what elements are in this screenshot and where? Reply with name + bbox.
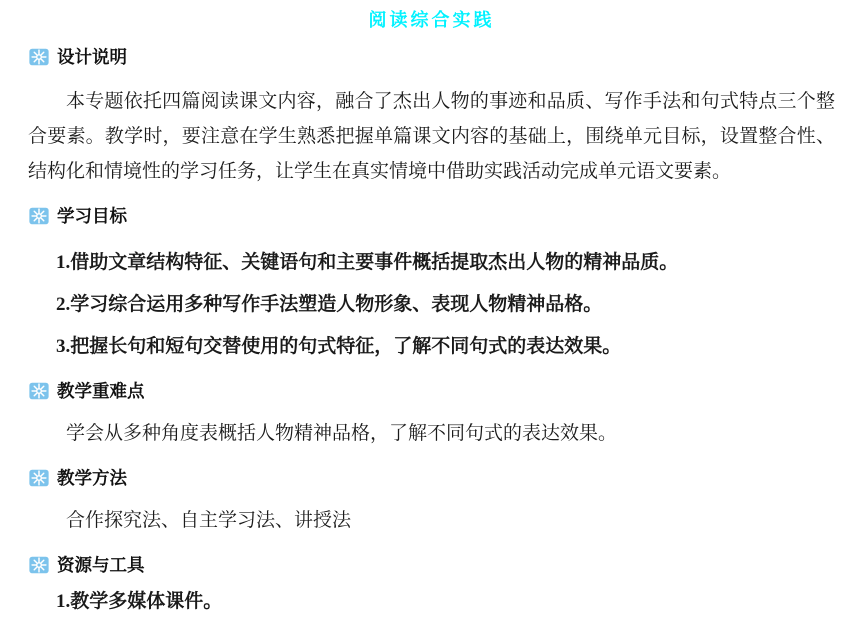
sparkle-book-icon bbox=[28, 380, 50, 402]
section-heading: 教学方法 bbox=[28, 467, 835, 489]
document-page: 阅读综合实践 设计说明 本专题依托四篇阅读课文内容，融合了杰出人物的 bbox=[0, 0, 862, 622]
resources-list: 1.教学多媒体课件。 bbox=[28, 584, 835, 619]
objective-item: 3.把握长句和短句交替使用的句式特征，了解不同句式的表达效果。 bbox=[56, 329, 835, 364]
section-heading-label: 教学重难点 bbox=[57, 380, 145, 402]
section-heading-label: 学习目标 bbox=[57, 205, 127, 227]
section-heading-label: 教学方法 bbox=[57, 467, 127, 489]
section-heading-label: 设计说明 bbox=[57, 46, 127, 68]
teaching-methods-paragraph: 合作探究法、自主学习法、讲授法 bbox=[28, 503, 835, 538]
objective-item: 2.学习综合运用多种写作手法塑造人物形象、表现人物精神品格。 bbox=[56, 287, 835, 322]
design-notes-paragraph: 本专题依托四篇阅读课文内容，融合了杰出人物的事迹和品质、写作手法和句式特点三个整… bbox=[28, 84, 835, 189]
sparkle-book-icon bbox=[28, 554, 50, 576]
section-resources-tools: 资源与工具 1.教学多媒体课件。 bbox=[28, 554, 835, 619]
section-teaching-methods: 教学方法 合作探究法、自主学习法、讲授法 bbox=[28, 467, 835, 538]
sparkle-book-icon bbox=[28, 205, 50, 227]
section-heading: 学习目标 bbox=[28, 205, 835, 227]
section-heading: 教学重难点 bbox=[28, 380, 835, 402]
objectives-list: 1.借助文章结构特征、关键语句和主要事件概括提取杰出人物的精神品质。 2.学习综… bbox=[28, 245, 835, 364]
sparkle-book-icon bbox=[28, 467, 50, 489]
section-learning-objectives: 学习目标 1.借助文章结构特征、关键语句和主要事件概括提取杰出人物的精神品质。 … bbox=[28, 205, 835, 364]
objective-item: 1.借助文章结构特征、关键语句和主要事件概括提取杰出人物的精神品质。 bbox=[56, 245, 835, 280]
sparkle-book-icon bbox=[28, 46, 50, 68]
section-heading-label: 资源与工具 bbox=[57, 554, 145, 576]
section-key-difficulties: 教学重难点 学会从多种角度表概括人物精神品格，了解不同句式的表达效果。 bbox=[28, 380, 835, 451]
page-title: 阅读综合实践 bbox=[28, 10, 835, 30]
section-heading: 资源与工具 bbox=[28, 554, 835, 576]
section-heading: 设计说明 bbox=[28, 46, 835, 68]
section-design-notes: 设计说明 本专题依托四篇阅读课文内容，融合了杰出人物的事迹和品质、写作手法和句式… bbox=[28, 46, 835, 189]
key-difficulties-paragraph: 学会从多种角度表概括人物精神品格，了解不同句式的表达效果。 bbox=[28, 416, 835, 451]
resource-item: 1.教学多媒体课件。 bbox=[56, 584, 835, 619]
